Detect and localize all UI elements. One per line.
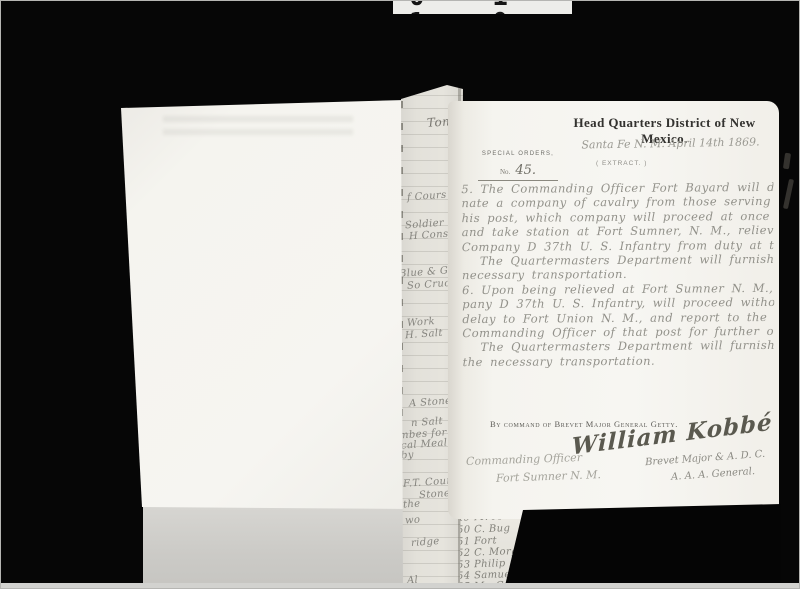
- addressee-line-2: Fort Sumner N. M.: [496, 468, 601, 485]
- body-line: The Quartermasters Department will furni…: [480, 252, 774, 268]
- extract-label: ( EXTRACT. ): [596, 160, 647, 167]
- special-orders-label: SPECIAL ORDERS,: [478, 151, 558, 157]
- body-line: the necessary transportation.: [463, 353, 775, 370]
- torn-strip-fragment: A Stone: [409, 396, 452, 410]
- binding-mark: [783, 153, 791, 170]
- torn-strip-fragment: Stone: [419, 488, 451, 501]
- shadow-wedge: [501, 501, 781, 589]
- id-strip-digits: 0 1 1 0: [409, 1, 572, 14]
- binding-mark: [783, 179, 794, 209]
- torn-strip-fragment: by: [401, 450, 415, 462]
- faint-stamp: [163, 116, 353, 142]
- torn-strip-fragment: the: [403, 498, 421, 510]
- body-line: The Quartermasters Department will furni…: [480, 338, 774, 354]
- signature-rank-line-1: Brevet Major & A. D. C.: [645, 449, 766, 468]
- torn-strip-fragment: H. Salt: [405, 328, 444, 342]
- torn-strip-fragment: H Cons: [409, 229, 449, 243]
- scanned-document-photo: 0 1 1 0 Tom f Cours Soldier H Cons Blue …: [0, 0, 800, 589]
- bottom-list-line: 50 C. Bug: [457, 523, 511, 536]
- torn-strip-fragment: Work: [407, 316, 436, 329]
- order-number-label: No.: [500, 168, 510, 176]
- photo-id-strip: 0 1 1 0: [393, 1, 572, 14]
- dateline: Santa Fe N. M. April 14th 1869.: [568, 135, 773, 152]
- order-body: 5. The Commanding Officer Fort Bayard wi…: [461, 180, 774, 369]
- addressee-line-1: Commanding Officer: [466, 451, 582, 468]
- order-number-row: No. 45.: [478, 159, 558, 181]
- torn-strip-fragment: wo: [405, 514, 421, 526]
- signature-rank-line-2: A. A. A. General.: [671, 466, 756, 483]
- order-page: Head Quarters District of New Mexico. Sa…: [448, 101, 779, 519]
- torn-strip-fragment: f Cours: [407, 190, 447, 204]
- order-number-value: 45.: [515, 163, 536, 178]
- special-orders-block: SPECIAL ORDERS, No. 45.: [478, 151, 558, 181]
- torn-strip-fragment: ridge: [411, 536, 440, 549]
- left-blank-page: [121, 100, 411, 510]
- photo-bottom-frame: [1, 583, 799, 588]
